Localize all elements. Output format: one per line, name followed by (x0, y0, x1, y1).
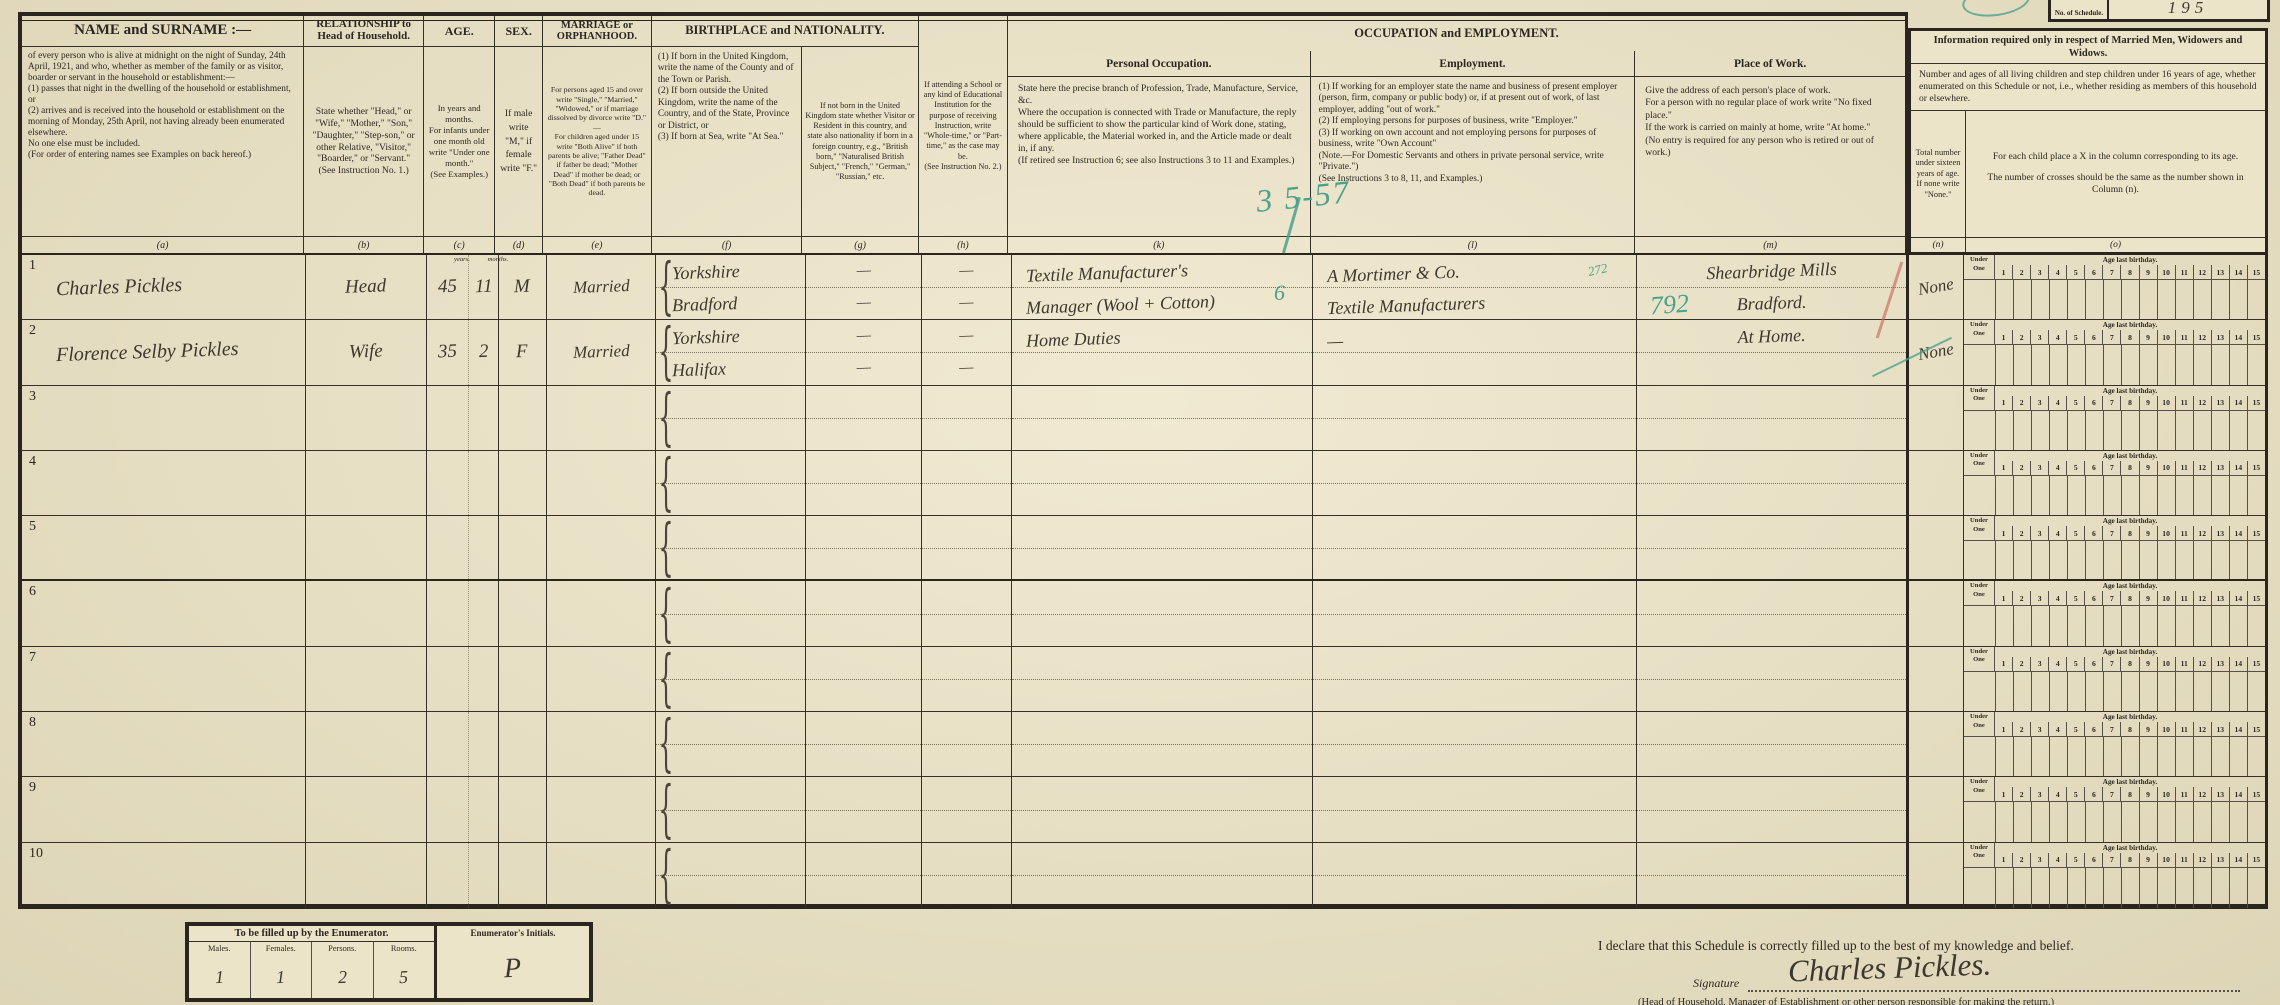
age-grid: Under One Age last birthday. 12345678910… (1964, 320, 2265, 384)
birthplace-cell (655, 647, 805, 711)
age-mark-cell (2175, 867, 2193, 908)
birthplace-line1: Yorkshire (672, 318, 806, 355)
age-mark-cell (2013, 344, 2031, 384)
age-last-birthday-label: Age last birthday. (1995, 386, 2265, 396)
birthplace-cell (655, 451, 805, 515)
age-label: 1 (1995, 722, 2012, 736)
age-label: 4 (2048, 330, 2066, 344)
age-label: 6 (2084, 591, 2102, 605)
age-cell (426, 712, 498, 776)
age-label: 9 (2139, 526, 2157, 540)
age-label: 14 (2229, 591, 2247, 605)
relationship-entry: Head (345, 275, 387, 298)
education-cell (921, 843, 1011, 908)
sex-cell (498, 777, 546, 841)
sex-cell (498, 843, 546, 908)
age-mark-cell (2139, 344, 2157, 384)
employment-cell (1312, 712, 1636, 776)
age-cell (426, 386, 498, 450)
age-mark-cell (2067, 605, 2085, 645)
age-label: 11 (2175, 722, 2193, 736)
age-cell (426, 516, 498, 579)
occupation-cell (1011, 581, 1312, 645)
relationship-column-title: RELATIONSHIP to Head of Household. (304, 16, 423, 47)
relationship-column-instructions: State whether "Head," or "Wife," "Mother… (304, 47, 423, 236)
column-letter-f: (f) (652, 237, 801, 253)
age-label: 15 (2247, 853, 2265, 867)
occupation-cell: Textile Manufacturer's Manager (Wool + C… (1011, 255, 1312, 319)
age-label: 11 (2175, 396, 2193, 410)
age-label: 15 (2247, 787, 2265, 801)
age-mark-cell (2157, 279, 2175, 319)
age-mark-cell (2211, 605, 2229, 645)
place-of-work-cell (1636, 647, 1906, 711)
total-children-cell: None (1906, 320, 1963, 384)
age-grid: Under One Age last birthday. 12345678910… (1964, 843, 2265, 908)
nationality-line1 (805, 710, 922, 746)
age-last-birthday-label: Age last birthday. (1995, 516, 2265, 526)
age-label: 6 (2084, 396, 2102, 410)
age-label: 13 (2211, 265, 2229, 279)
age-mark-cell (2157, 410, 2175, 450)
children-ages-cell: Under One Age last birthday. 12345678910… (1963, 581, 2265, 645)
age-label: 8 (2120, 461, 2138, 475)
place-of-work-cell (1636, 516, 1906, 579)
education-line1 (922, 515, 1012, 550)
age-mark-cell (2013, 475, 2031, 515)
males-value: 1 (214, 966, 224, 987)
name-cell: 6 (22, 581, 305, 645)
age-label: 14 (2229, 330, 2247, 344)
age-mark-cell (2211, 279, 2229, 319)
married-info-body: Number and ages of all living children a… (1911, 64, 2265, 111)
age-label: 15 (2247, 657, 2265, 671)
declaration-section: I declare that this Schedule is correctl… (1598, 938, 2270, 1005)
signature-value: Charles Pickles. (1787, 946, 1991, 989)
age-cell (426, 777, 498, 841)
age-mark-cell (1964, 605, 1995, 645)
education-column-instructions: If attending a School or any kind of Edu… (919, 16, 1007, 236)
total-children-cell (1906, 451, 1963, 515)
sex-cell (498, 516, 546, 579)
enumerator-box: To be filled up by the Enumerator. Males… (185, 922, 593, 1002)
age-label: 6 (2084, 787, 2102, 801)
age-mark-cell (2067, 736, 2085, 776)
column-group-occupation: OCCUPATION and EMPLOYMENT. Personal Occu… (1007, 16, 1905, 253)
age-numbers: 123456789101112131415 (1995, 526, 2265, 540)
nationality-line2 (805, 808, 922, 844)
age-label: 2 (2012, 526, 2030, 540)
age-label: 13 (2211, 526, 2229, 540)
age-label: 3 (2030, 853, 2048, 867)
birthplace-cell (655, 386, 805, 450)
row-number: 7 (29, 650, 36, 666)
enumerator-rooms: Rooms. 5 (373, 942, 435, 998)
age-mark-cell (2121, 605, 2139, 645)
education-line1: — (922, 319, 1012, 354)
table-rows: 1 Charles Pickles Head 45 11 M Married Y… (18, 255, 2268, 909)
education-cell: — — (921, 255, 1011, 319)
age-mark-cell (2049, 867, 2067, 908)
age-cells (1964, 344, 2265, 384)
age-mark-cell (2103, 605, 2121, 645)
table-row: 6 (22, 581, 2265, 646)
enumerator-males: Males. 1 (189, 942, 250, 998)
age-column-title: AGE. (424, 16, 494, 47)
age-label: 8 (2120, 787, 2138, 801)
age-label: 3 (2030, 330, 2048, 344)
personal-occupation-title: Personal Occupation. (1008, 51, 1310, 76)
marriage-cell (546, 777, 656, 841)
nationality-line1 (805, 384, 922, 420)
place-of-work-cell (1636, 581, 1906, 645)
age-label: 2 (2012, 591, 2030, 605)
name-cell: 8 (22, 712, 305, 776)
education-cell (921, 712, 1011, 776)
age-label: 2 (2012, 722, 2030, 736)
age-mark-cell (2229, 540, 2247, 579)
age-mark-cell (2049, 671, 2067, 711)
nationality-line1 (805, 449, 922, 485)
children-ages-cell: Under One Age last birthday. 12345678910… (1963, 843, 2265, 908)
census-schedule-1921: No. of Schedule. 195 NAME and SURNAME :—… (0, 0, 2280, 1005)
column-relationship: RELATIONSHIP to Head of Household. State… (303, 16, 423, 253)
age-mark-cell (2211, 736, 2229, 776)
employment-cell (1312, 386, 1636, 450)
employment-cell (1312, 451, 1636, 515)
age-grid: Under One Age last birthday. 12345678910… (1964, 516, 2265, 579)
age-label: 13 (2211, 330, 2229, 344)
age-last-birthday-label: Age last birthday. (1995, 581, 2265, 591)
age-last-birthday-label: Age last birthday. (1995, 777, 2265, 787)
age-label: 3 (2030, 657, 2048, 671)
age-mark-cell (2103, 279, 2121, 319)
row-number: 6 (29, 584, 36, 600)
age-mark-cell (2031, 671, 2049, 711)
age-mark-cell (2013, 410, 2031, 450)
place-of-work-instructions: Give the address of each person's place … (1634, 77, 1905, 236)
age-mark-cell (2139, 410, 2157, 450)
age-label: 10 (2157, 853, 2175, 867)
age-label: 5 (2066, 657, 2084, 671)
birthplace-cell (655, 581, 805, 645)
nationality-line2 (805, 742, 922, 778)
age-mark-cell (2139, 801, 2157, 841)
column-total-children: Total number under sixteen years of age.… (1911, 111, 1966, 252)
age-mark-cell (2103, 410, 2121, 450)
relationship-cell (305, 647, 426, 711)
name-entry: Florence Selby Pickles (56, 338, 239, 367)
nationality-line1 (805, 775, 922, 811)
age-mark-cell (2211, 475, 2229, 515)
age-grid: Under One Age last birthday. 12345678910… (1964, 581, 2265, 645)
age-mark-cell (2157, 801, 2175, 841)
row-number: 4 (29, 454, 36, 470)
column-sex: SEX. If male write "M," if female write … (494, 16, 542, 253)
age-label: 15 (2247, 265, 2265, 279)
married-info-title: Information required only in respect of … (1911, 31, 2265, 64)
age-mark-cell (2193, 540, 2211, 579)
rooms-value: 5 (399, 966, 409, 987)
age-mark-cell (2103, 736, 2121, 776)
age-mark-cell (2013, 801, 2031, 841)
age-grid: Under One Age last birthday. 12345678910… (1964, 451, 2265, 515)
age-mark-cell (2031, 279, 2049, 319)
age-label: 4 (2048, 853, 2066, 867)
age-label: 7 (2102, 853, 2120, 867)
education-line1 (922, 645, 1012, 680)
total-children-cell (1906, 777, 1963, 841)
birthplace-line2 (672, 873, 806, 910)
education-line1 (922, 841, 1012, 877)
birthplace-line1 (672, 840, 806, 877)
relationship-entry: Wife (349, 341, 384, 364)
nationality-column-instructions: If not born in the United Kingdom state … (801, 47, 918, 236)
age-mark-cell (2031, 605, 2049, 645)
age-mark-cell (2103, 867, 2121, 908)
age-mark-cell (2049, 344, 2067, 384)
enumerator-persons: Persons. 2 (311, 942, 373, 998)
age-mark-cell (2193, 736, 2211, 776)
age-mark-cell (2157, 475, 2175, 515)
nationality-cell (805, 386, 922, 450)
age-label: 3 (2030, 526, 2048, 540)
age-label: 5 (2066, 461, 2084, 475)
table-row: 8 (22, 712, 2265, 777)
age-label: 7 (2102, 461, 2120, 475)
age-label: 4 (2048, 396, 2066, 410)
nationality-line2: — (805, 350, 922, 386)
age-mark-cell (2031, 475, 2049, 515)
column-name: NAME and SURNAME :— of every person who … (22, 16, 303, 253)
age-label: 5 (2066, 330, 2084, 344)
age-mark-cell (2193, 671, 2211, 711)
marriage-cell (546, 647, 656, 711)
sex-cell (498, 647, 546, 711)
age-mark-cell (2211, 410, 2229, 450)
age-mark-cell (2139, 867, 2157, 908)
relationship-cell: Wife (305, 320, 426, 384)
age-label: 5 (2066, 722, 2084, 736)
name-column-title: NAME and SURNAME :— (22, 16, 303, 47)
nationality-line1 (805, 841, 922, 878)
age-mark-cell (2229, 279, 2247, 319)
age-mark-cell (2049, 279, 2067, 319)
age-label: 12 (2193, 330, 2211, 344)
occupation-cell (1011, 777, 1312, 841)
age-mark-cell (1995, 410, 2013, 450)
age-mark-cell (2049, 475, 2067, 515)
total-children-cell (1906, 386, 1963, 450)
education-line2 (922, 677, 1012, 712)
age-label: 9 (2139, 591, 2157, 605)
age-last-birthday-label: Age last birthday. (1995, 647, 2265, 657)
age-mark-cell (2031, 410, 2049, 450)
age-mark-cell (2229, 605, 2247, 645)
age-last-birthday-label: Age last birthday. (1995, 320, 2265, 330)
total-children-entry: None (1917, 274, 1956, 300)
age-numbers: 123456789101112131415 (1995, 853, 2265, 867)
age-last-birthday-label: Age last birthday. (1995, 451, 2265, 461)
education-cell (921, 777, 1011, 841)
age-grid: Under One Age last birthday. 12345678910… (1964, 255, 2265, 319)
column-letter-d: (d) (495, 236, 542, 253)
age-label: 12 (2193, 461, 2211, 475)
relationship-cell (305, 451, 426, 515)
age-cells (1964, 801, 2265, 841)
relationship-cell (305, 843, 426, 908)
nationality-line2 (805, 612, 922, 648)
nationality-line2 (805, 416, 922, 452)
nationality-cell (805, 843, 922, 908)
age-mark-cell (2103, 344, 2121, 384)
birthplace-column-instructions: (1) If born in the United Kingdom, write… (652, 47, 801, 236)
rooms-header: Rooms. (374, 942, 435, 956)
age-label: 15 (2247, 461, 2265, 475)
age-cells (1964, 475, 2265, 515)
table-row: 7 (22, 647, 2265, 712)
age-mark-cell (2103, 671, 2121, 711)
age-label: 10 (2157, 330, 2175, 344)
age-label: 6 (2084, 461, 2102, 475)
birthplace-line1 (672, 449, 806, 486)
age-label: 9 (2139, 722, 2157, 736)
table-row: 3 (22, 386, 2265, 451)
age-label: 2 (2012, 330, 2030, 344)
table-row: 10 (22, 843, 2265, 908)
age-mark-cell (2031, 736, 2049, 776)
age-label: 8 (2120, 657, 2138, 671)
age-column-instructions: In years and months. For infants under o… (424, 47, 494, 236)
under-one-label: Under One (1964, 581, 1995, 605)
age-label: 1 (1995, 526, 2012, 540)
under-one-label: Under One (1964, 843, 1995, 867)
age-label: 9 (2139, 461, 2157, 475)
age-mark-cell (2013, 279, 2031, 319)
age-mark-cell (2121, 475, 2139, 515)
age-label: 14 (2229, 722, 2247, 736)
age-numbers: 123456789101112131415 (1995, 330, 2265, 344)
age-label: 11 (2175, 787, 2193, 801)
nationality-line2 (805, 873, 922, 910)
birthplace-line1 (672, 514, 806, 550)
age-label: 14 (2229, 787, 2247, 801)
row-number: 9 (29, 780, 36, 796)
months-label: months. (483, 256, 513, 263)
age-numbers: 123456789101112131415 (1995, 591, 2265, 605)
persons-value: 2 (337, 966, 347, 987)
age-label: 13 (2211, 461, 2229, 475)
age-label: 6 (2084, 853, 2102, 867)
children-ages-instruction-1: For each child place a X in the column c… (1980, 151, 2251, 163)
education-line2 (922, 482, 1012, 517)
birthplace-line1 (672, 710, 806, 747)
age-mark-cell (1995, 344, 2013, 384)
marriage-entry: Married (572, 341, 629, 363)
children-ages-cell: Under One Age last birthday. 12345678910… (1963, 516, 2265, 579)
marriage-cell (546, 581, 656, 645)
column-letter-g: (g) (801, 237, 918, 253)
age-label: 8 (2120, 526, 2138, 540)
education-line1 (922, 449, 1012, 484)
age-mark-cell (1995, 605, 2013, 645)
relationship-cell (305, 516, 426, 579)
age-label: 4 (2048, 461, 2066, 475)
employment-cell (1312, 581, 1636, 645)
age-mark-cell (2121, 736, 2139, 776)
age-cell (426, 581, 498, 645)
age-mark-cell (2121, 801, 2139, 841)
age-label: 13 (2211, 591, 2229, 605)
age-cells (1964, 605, 2265, 645)
employment-cell (1312, 843, 1636, 908)
age-mark-cell (2157, 344, 2175, 384)
occupation-cell (1011, 451, 1312, 515)
nationality-cell: — — (805, 255, 922, 319)
age-mark-cell (2067, 410, 2085, 450)
age-label: 1 (1995, 591, 2012, 605)
column-education: If attending a School or any kind of Edu… (918, 16, 1007, 253)
age-mark-cell (2139, 671, 2157, 711)
age-mark-cell (2229, 736, 2247, 776)
age-label: 8 (2120, 722, 2138, 736)
column-letter-h: (h) (919, 236, 1007, 253)
nationality-cell (805, 777, 922, 841)
age-label: 10 (2157, 461, 2175, 475)
name-cell: 1 Charles Pickles (22, 255, 305, 319)
enumerator-initials-box: Enumerator's Initials. P (437, 926, 589, 998)
age-label: 5 (2066, 396, 2084, 410)
age-mark-cell (2013, 540, 2031, 579)
age-label: 12 (2193, 722, 2211, 736)
age-mark-cell (2139, 279, 2157, 319)
column-children-ages: For each child place a X in the column c… (1966, 111, 2265, 252)
total-children-cell (1906, 647, 1963, 711)
age-label: 9 (2139, 853, 2157, 867)
age-cells (1964, 867, 2265, 908)
name-cell: 9 (22, 777, 305, 841)
sex-column-instructions: If male write "M," if female write "F." (495, 47, 542, 236)
age-mark-cell (2085, 475, 2103, 515)
age-mark-cell (2085, 540, 2103, 579)
age-grid: Under One Age last birthday. 12345678910… (1964, 777, 2265, 841)
table-row: 2 Florence Selby Pickles Wife 35 2 F Mar… (22, 320, 2265, 385)
age-mark-cell (1964, 410, 1995, 450)
row-number: 8 (29, 715, 36, 731)
under-one-label: Under One (1964, 386, 1995, 410)
age-mark-cell (2067, 671, 2085, 711)
age-label: 5 (2066, 787, 2084, 801)
age-mark-cell (2247, 410, 2265, 450)
birthplace-cell (655, 843, 805, 908)
column-group-birthplace: BIRTHPLACE and NATIONALITY. (1) If born … (651, 16, 918, 253)
age-last-birthday-label: Age last birthday. (1995, 255, 2265, 265)
place-of-work-cell (1636, 451, 1906, 515)
age-label: 2 (2012, 787, 2030, 801)
age-label: 3 (2030, 396, 2048, 410)
nationality-line1: — (805, 253, 922, 289)
age-mark-cell (2247, 605, 2265, 645)
age-label: 4 (2048, 722, 2066, 736)
age-mark-cell (2175, 279, 2193, 319)
under-one-label: Under One (1964, 647, 1995, 671)
age-mark-cell (2193, 801, 2211, 841)
age-mark-cell (2013, 671, 2031, 711)
education-line2 (922, 416, 1012, 451)
under-one-label: Under One (1964, 777, 1995, 801)
row-number: 2 (29, 323, 36, 339)
sex-cell: M (498, 255, 546, 319)
